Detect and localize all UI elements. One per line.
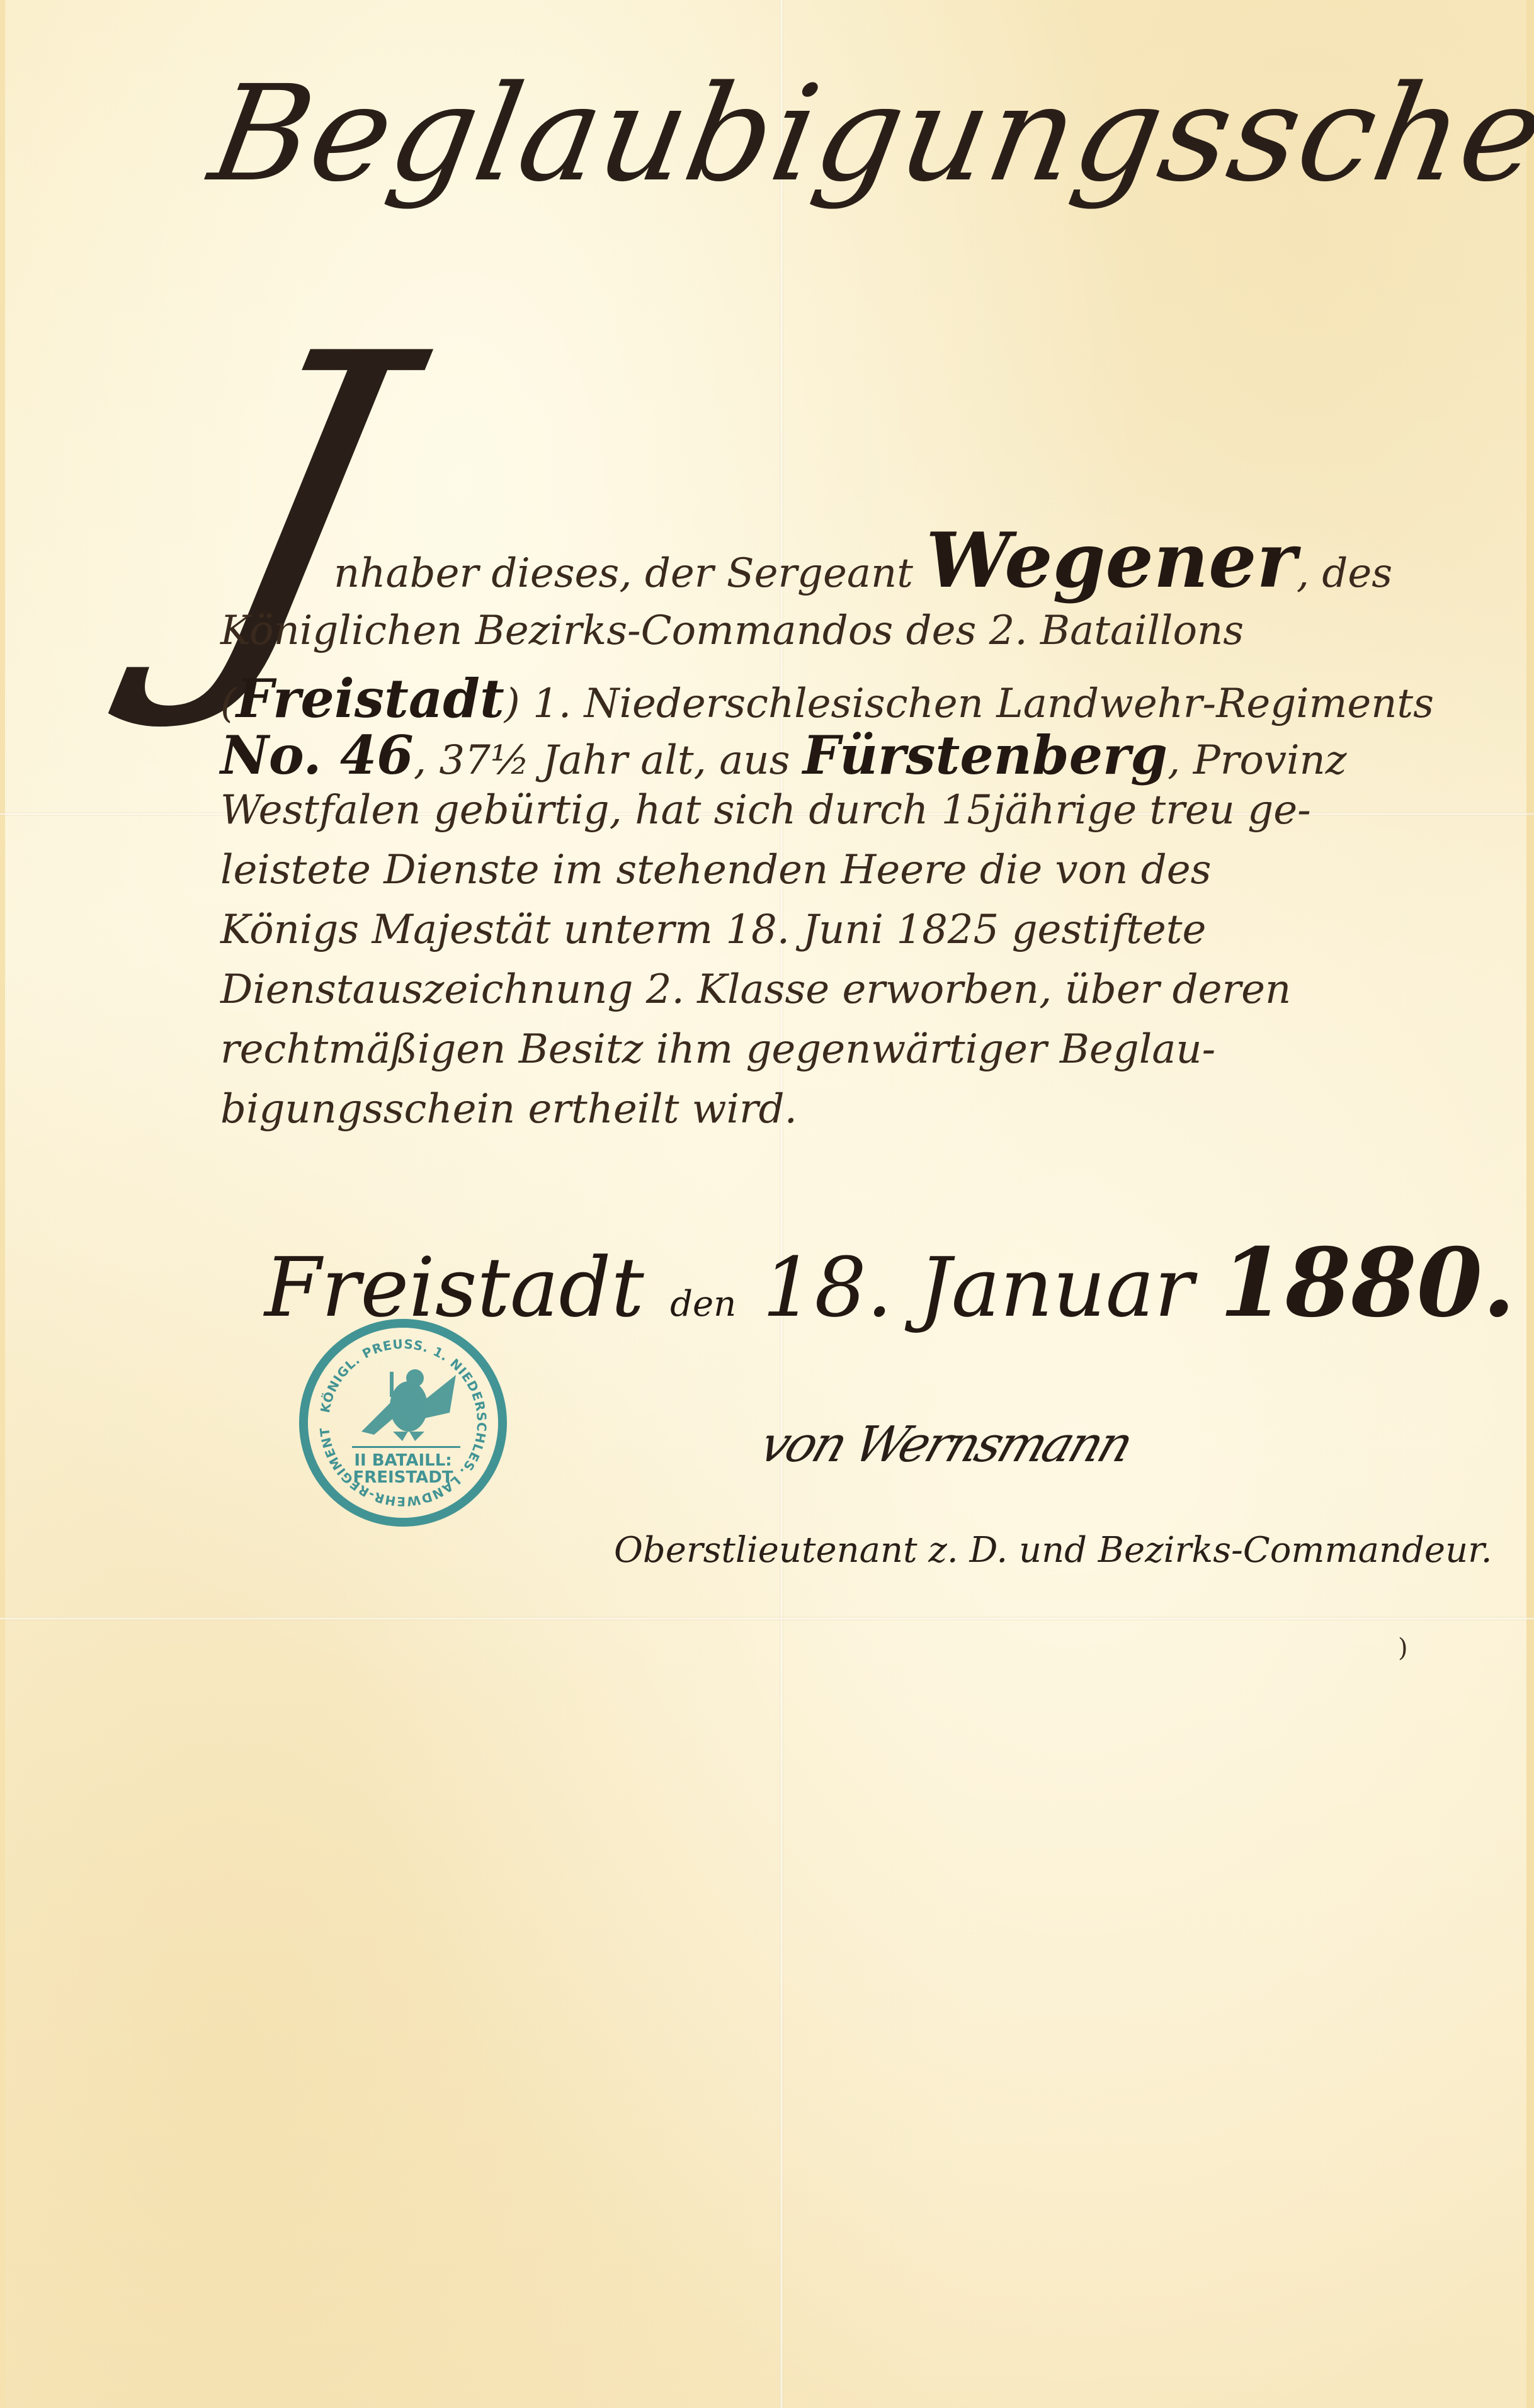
stamp-center-text: II BATAILL: FREISTADT [308, 1452, 498, 1487]
date-connector: den [670, 1284, 736, 1325]
body-text: leistete Dienste im stehenden Heere die … [220, 847, 1211, 893]
body-text: bigungsschein ertheilt wird. [220, 1086, 797, 1133]
body-text: , 37½ Jahr alt, aus [414, 737, 803, 784]
eagle-icon [355, 1362, 462, 1444]
body-line-7: Königs Majestät unterm 18. Juni 1825 ges… [220, 907, 1206, 953]
paper-right-edge [1526, 0, 1534, 2408]
body-line-10: bigungsschein ertheilt wird. [220, 1086, 797, 1133]
body-text: Königs Majestät unterm 18. Juni 1825 ges… [220, 907, 1206, 953]
body-text: Westfalen gebürtig, hat sich durch 15jäh… [220, 787, 1311, 834]
document-title: Beglaubigungsschein. [200, 57, 1534, 211]
body-text: Königlichen Bezirks-Commandos des 2. Bat… [220, 608, 1244, 654]
body-text: nhaber dieses, der Sergeant [334, 550, 926, 597]
regiment-number: No. 46 [220, 724, 414, 786]
body-line-3: (Freistadt) 1. Niederschlesischen Landwe… [220, 667, 1434, 730]
stamp-line-2: FREISTADT [308, 1469, 498, 1486]
vertical-fold-line [780, 0, 783, 2408]
body-line-6: leistete Dienste im stehenden Heere die … [220, 847, 1211, 893]
body-line-2: Königlichen Bezirks-Commandos des 2. Bat… [220, 608, 1244, 654]
body-text: , Provinz [1168, 737, 1346, 784]
place-and-date: Freistadt den 18. Januar 1880. [264, 1228, 1515, 1338]
stamp-divider [352, 1446, 460, 1448]
official-stamp: KÖNIGL. PREUSS. 1. NIEDERSCHLES. LANDWEH… [299, 1319, 507, 1527]
issue-day: 18. [763, 1240, 893, 1335]
paper-left-edge [0, 0, 5, 2408]
body-text: rechtmäßigen Besitz ihm gegenwärtiger Be… [220, 1026, 1215, 1073]
soldier-name: Wegener [926, 516, 1296, 605]
body-line-1: nhaber dieses, der Sergeant Wegener, des [334, 516, 1392, 605]
signatory-title: Oberstlieutenant z. D. und Bezirks-Comma… [614, 1530, 1492, 1571]
horizontal-fold-line [0, 1617, 1534, 1620]
paper-background [0, 0, 1534, 2408]
issue-year: 1880. [1220, 1228, 1516, 1338]
issue-month: Januar [919, 1240, 1194, 1335]
body-line-4: No. 46, 37½ Jahr alt, aus Fürstenberg, P… [220, 724, 1346, 786]
body-line-5: Westfalen gebürtig, hat sich durch 15jäh… [220, 787, 1311, 834]
body-text: ) 1. Niederschlesischen Landwehr-Regimen… [504, 681, 1434, 727]
birthplace: Fürstenberg [803, 724, 1168, 786]
body-line-9: rechtmäßigen Besitz ihm gegenwärtiger Be… [220, 1026, 1215, 1073]
body-line-8: Dienstauszeichnung 2. Klasse erworben, ü… [220, 966, 1291, 1013]
stamp-line-1: II BATAILL: [308, 1452, 498, 1469]
body-text: ( [220, 681, 236, 727]
body-text: , des [1297, 550, 1392, 597]
ink-mark: ) [1398, 1634, 1408, 1663]
issue-place: Freistadt [264, 1240, 644, 1335]
garrison-town: Freistadt [236, 667, 504, 730]
body-text: Dienstauszeichnung 2. Klasse erworben, ü… [220, 966, 1291, 1013]
signature: von Wernsmann [753, 1416, 1138, 1473]
